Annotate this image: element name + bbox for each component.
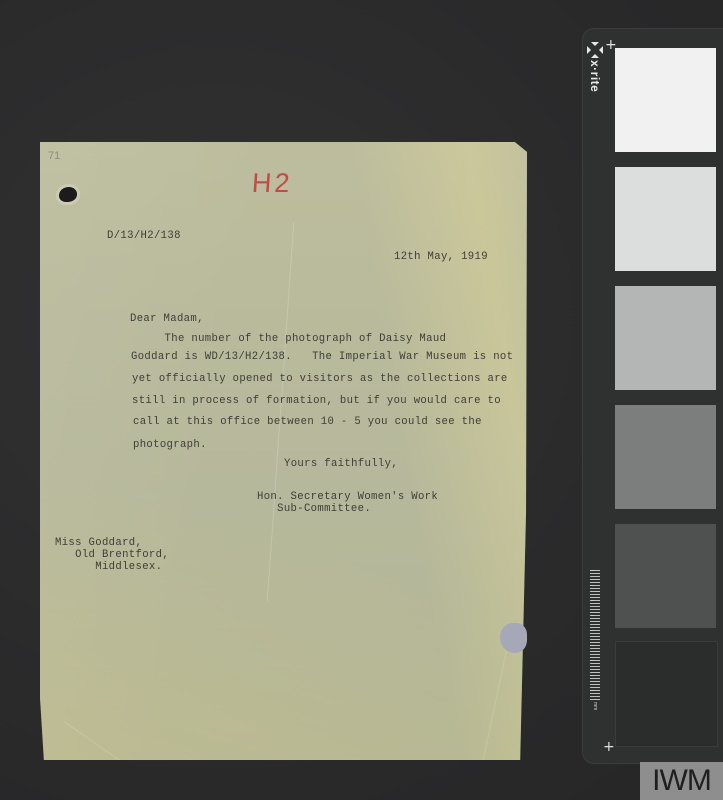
- reference-number: D/13/H2/138: [107, 231, 181, 242]
- corner-pencil-mark: 71: [48, 150, 60, 162]
- recipient-line: Middlesex.: [55, 562, 162, 573]
- paper-crease: [483, 643, 509, 761]
- body-line: call at this office between 10 - 5 you c…: [133, 417, 482, 428]
- crosshair-icon: +: [603, 740, 615, 754]
- iwm-watermark: IWM: [640, 762, 723, 800]
- paper-tear: [500, 623, 527, 653]
- body-line: yet officially opened to visitors as the…: [132, 374, 508, 385]
- punch-hole: [59, 187, 77, 202]
- signature-line: Sub-Committee.: [257, 504, 371, 515]
- body-line: The number of the photograph of Daisy Ma…: [131, 334, 446, 345]
- grey-patch-dark: [615, 524, 716, 628]
- salutation: Dear Madam,: [130, 314, 204, 325]
- grey-patch-mid-light: [615, 286, 716, 390]
- signature-line: Hon. Secretary Women's Work: [257, 492, 438, 503]
- body-line: still in process of formation, but if yo…: [132, 396, 501, 407]
- body-line: photograph.: [133, 440, 207, 451]
- grey-patch-mid: [615, 405, 716, 509]
- watermark-text: IWM: [652, 764, 711, 798]
- grey-patch-light: [615, 167, 716, 271]
- grey-patch-black: [615, 641, 718, 747]
- xrite-mark-icon: [589, 44, 601, 56]
- body-line: Goddard is WD/13/H2/138. The Imperial Wa…: [131, 352, 513, 363]
- grey-patch-white: [615, 48, 716, 152]
- mm-ruler: [590, 570, 600, 700]
- closing: Yours faithfully,: [284, 459, 398, 470]
- red-pencil-annotation: H2: [251, 168, 294, 199]
- brand-text: x·rite: [588, 60, 602, 92]
- recipient-line: Old Brentford,: [55, 550, 169, 561]
- letter-date: 12th May, 1919: [394, 252, 488, 263]
- recipient-line: Miss Goddard,: [55, 538, 142, 549]
- ruler-unit-label: mm: [592, 702, 598, 710]
- paper-crease: [267, 222, 295, 601]
- xrite-brand-text-wrap: x·rite: [584, 60, 606, 112]
